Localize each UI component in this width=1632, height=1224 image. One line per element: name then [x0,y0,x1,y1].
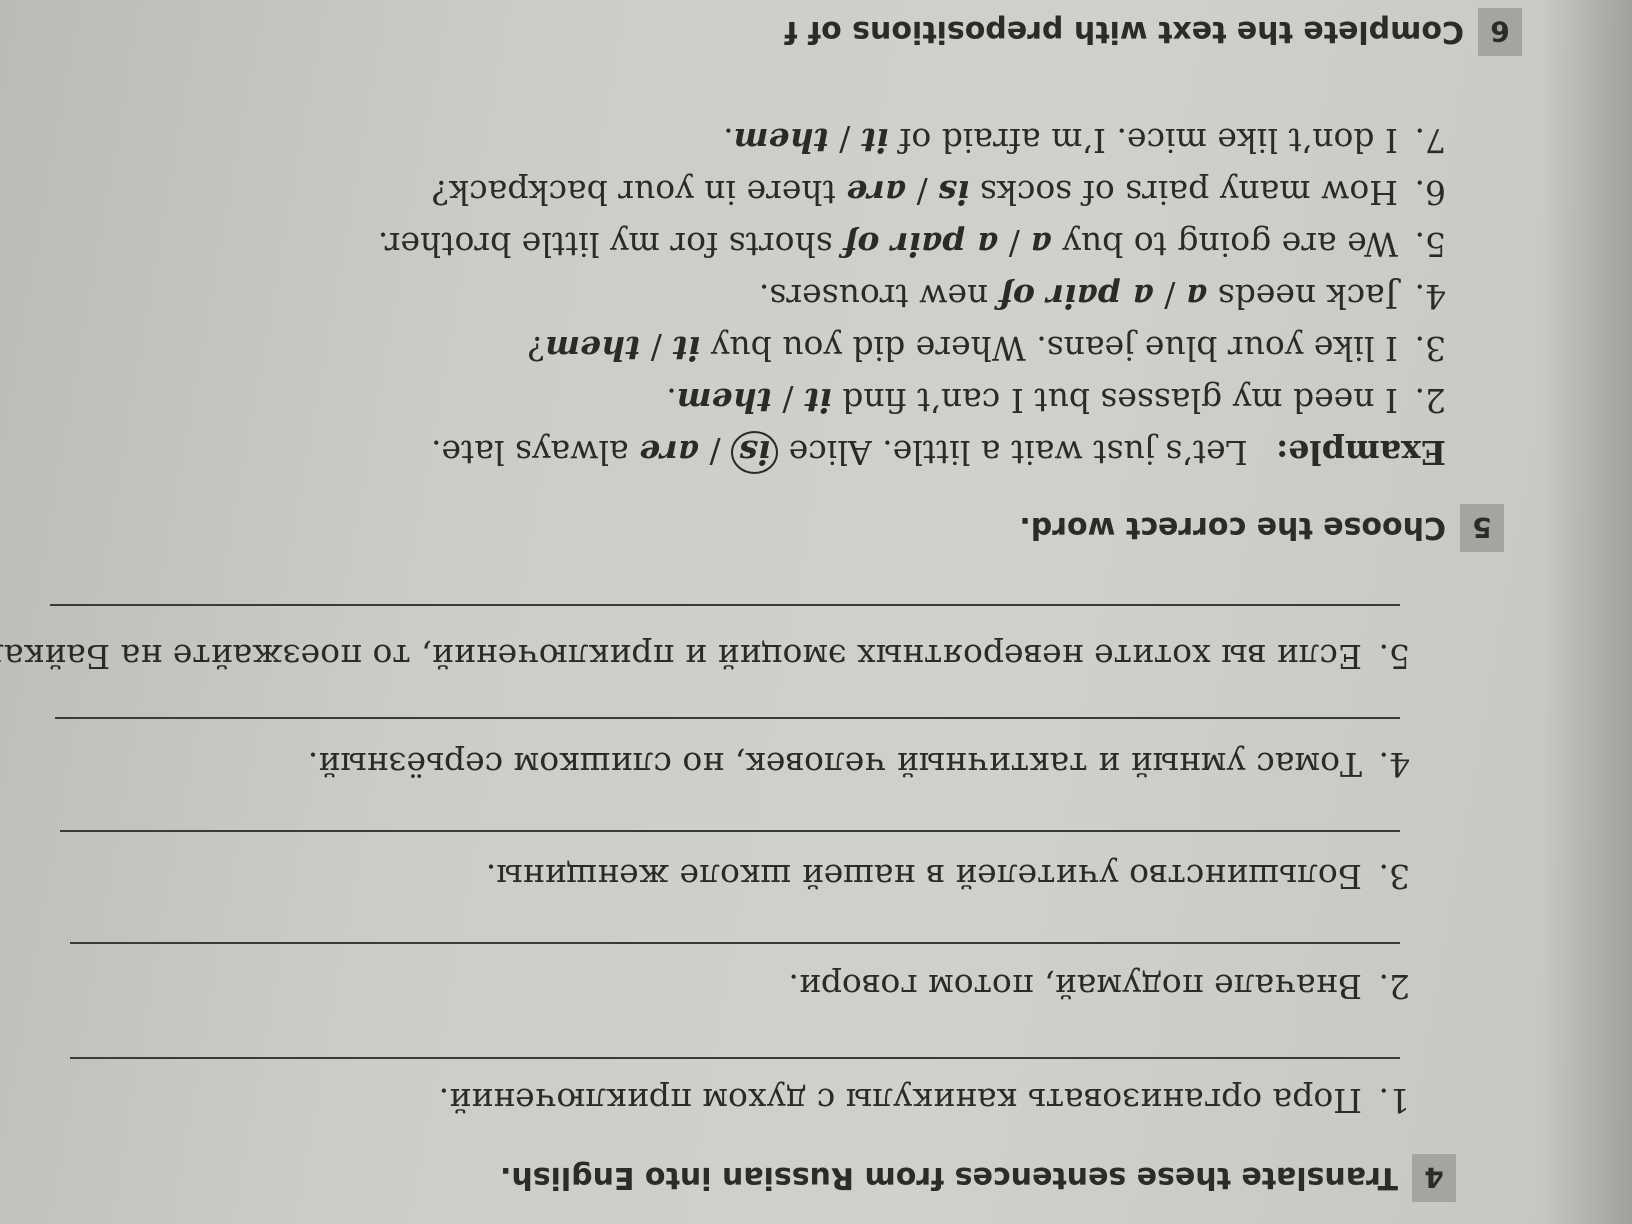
s5-item-3: 3.I like your blue jeans. Where did you … [527,329,1446,368]
s5-item-2: 2.I need my glasses but I can’t find it … [666,381,1446,420]
section-5-header: 5 Choose the correct word. [1019,504,1504,552]
s4-item-4: 4.Томас умный и тактичный человек, но сл… [308,745,1410,784]
workbook-page: 4 Translate these sentences from Russian… [0,0,1632,1224]
section-4-number: 4 [1412,1154,1456,1202]
option-a[interactable]: it [861,121,889,160]
photo-rotated: 4 Translate these sentences from Russian… [0,0,1632,1224]
option-a[interactable]: it [804,381,832,420]
s4-item-3: 3.Большинство учителей в нашей школе жен… [486,857,1410,896]
option-b[interactable]: are [846,173,906,212]
option-b[interactable]: them [545,329,640,368]
section-4-title: Translate these sentences from Russian i… [500,1161,1398,1196]
answer-line-1[interactable] [70,1057,1400,1059]
option-b[interactable]: a pair of [843,225,998,264]
section-5-title: Choose the correct word. [1019,511,1446,546]
example-circled-answer: is [731,431,778,474]
s5-item-4: 4.Jack needs a / a pair of new trousers. [759,277,1446,316]
s4-item-2: 2.Вначале подумай, потом говори. [788,967,1410,1006]
option-a[interactable]: it [672,329,700,368]
s4-item-5: 5.Если вы хотите невероятных эмоций и пр… [0,637,1410,676]
option-a[interactable]: a [1030,225,1051,264]
section-4-header: 4 Translate these sentences from Russian… [500,1154,1456,1202]
option-a[interactable]: a [1186,277,1207,316]
s5-item-7: 7.I don’t like mice. I’m afraid of it / … [723,121,1446,160]
option-b[interactable]: a pair of [999,277,1154,316]
s5-item-6: 6.How many pairs of socks is / are there… [431,173,1446,212]
option-b[interactable]: them [677,381,772,420]
answer-line-3[interactable] [60,830,1400,832]
option-a[interactable]: is [938,173,969,212]
s4-item-1: 1.Пора организовать каникулы с духом при… [439,1081,1410,1120]
s5-item-5: 5.We are going to buy a / a pair of shor… [378,225,1446,264]
s5-example: Example: Let’s just wait a little. Alice… [431,431,1446,474]
answer-line-4[interactable] [55,717,1400,719]
page-edge-shadow [1542,0,1632,1224]
answer-line-5[interactable] [50,604,1400,606]
option-b[interactable]: them [734,121,829,160]
section-5-number: 5 [1460,504,1504,552]
section-6-title: Complete the text with prepositions of f [785,15,1464,50]
section-6-number: 6 [1478,8,1522,56]
section-6-header: 6 Complete the text with prepositions of… [785,8,1522,56]
answer-line-2[interactable] [70,942,1400,944]
